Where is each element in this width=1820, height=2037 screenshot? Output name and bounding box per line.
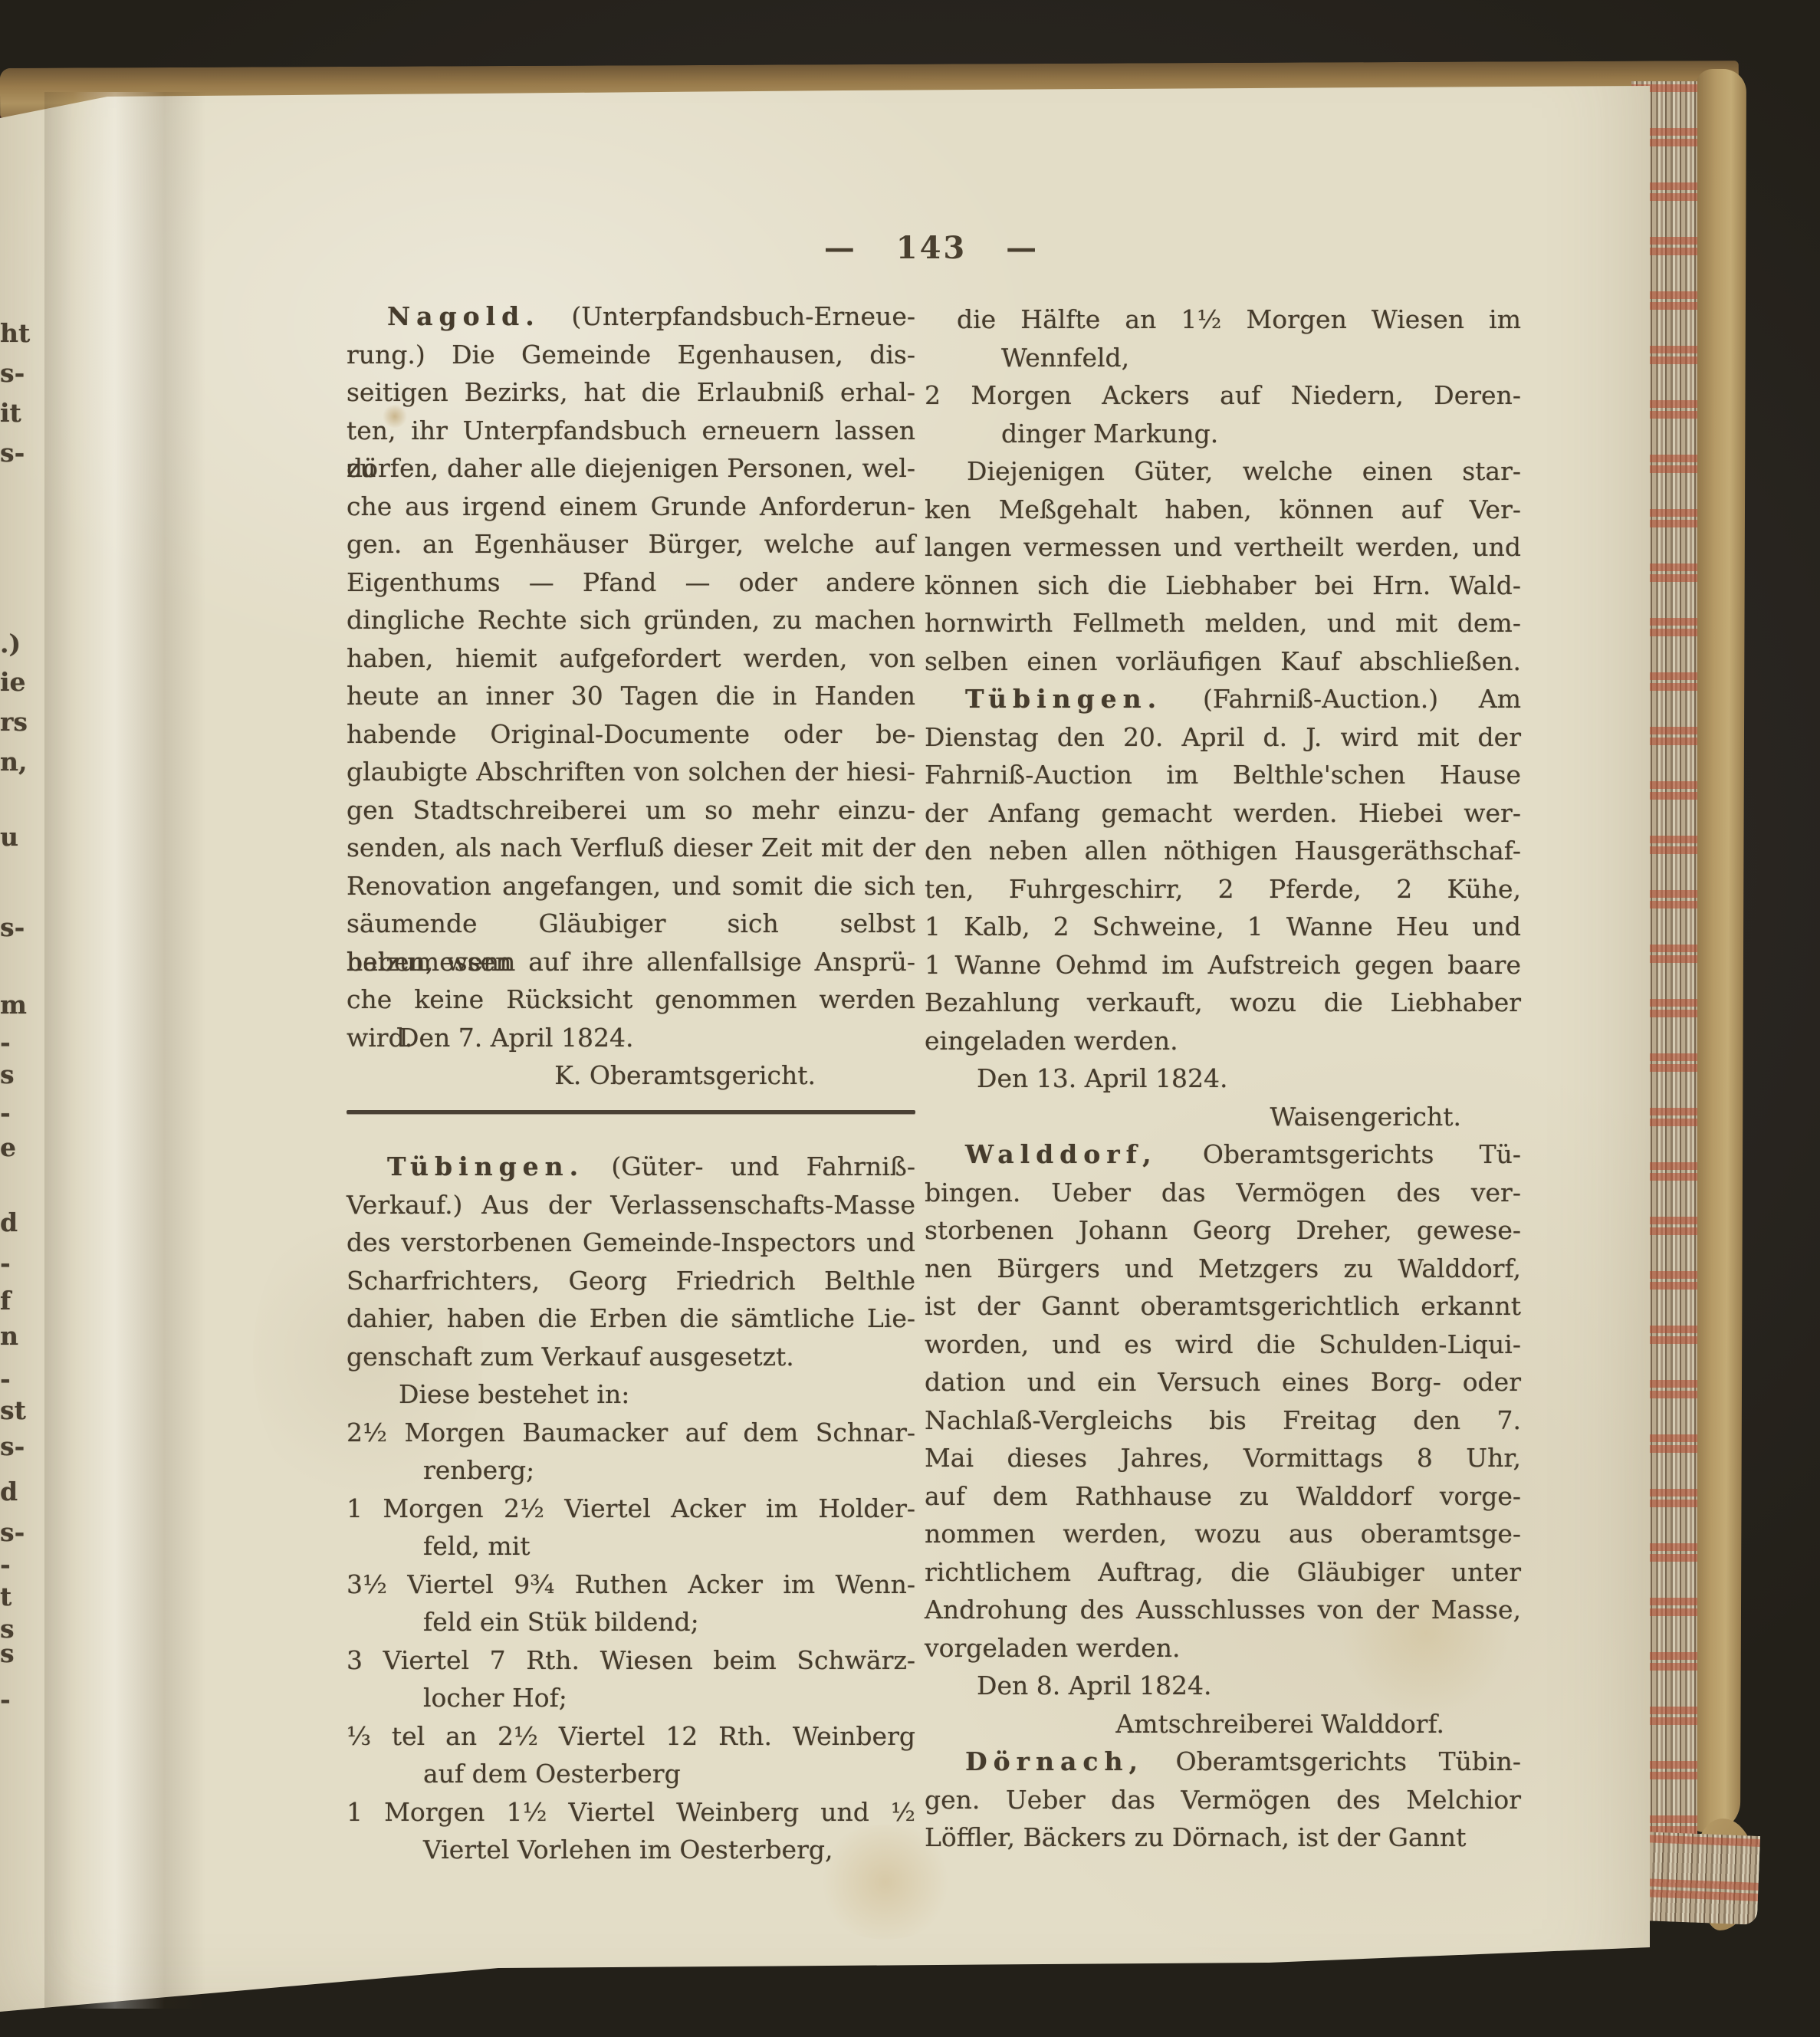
spaced-dateline-word: Nagold. — [387, 301, 540, 331]
text-line: Dienstag den 20. April d. J. wird mit de… — [925, 718, 1521, 757]
text-line: der Anfang gemacht werden. Hiebei wer- — [925, 794, 1521, 833]
text-line: auf dem Rathhause zu Walddorf vorge- — [925, 1477, 1521, 1516]
right-text-column: die Hälfte an 1½ Morgen Wiesen imWennfel… — [925, 301, 1521, 1857]
text-line: feld, mit — [347, 1527, 915, 1566]
margin-text-fragment: f — [0, 1286, 37, 1316]
text-line: nen Bürgers und Metzgers zu Walddorf, — [925, 1250, 1521, 1288]
text-line: auf dem Oesterberg — [347, 1755, 915, 1793]
text-line: vorgeladen werden. — [925, 1629, 1521, 1667]
text-line: dingliche Rechte sich gründen, zu machen — [347, 601, 915, 639]
text-line: genschaft zum Verkauf ausgesetzt. — [347, 1338, 915, 1376]
text-line: ken Meßgehalt haben, können auf Ver- — [925, 491, 1521, 529]
text-line: Mai dieses Jahres, Vormittags 8 Uhr, — [925, 1439, 1521, 1477]
text-line: worden, und es wird die Schulden-Liqui- — [925, 1326, 1521, 1364]
text-line: Scharfrichters, Georg Friedrich Belthle — [347, 1262, 915, 1300]
margin-text-fragment: e — [0, 1132, 37, 1163]
text-line: 1 Kalb, 2 Schweine, 1 Wanne Heu und — [925, 908, 1521, 946]
margin-text-fragment: - — [0, 1364, 37, 1395]
spaced-dateline-word: Dörnach, — [965, 1746, 1144, 1776]
book-fore-edge-corner — [1641, 1832, 1760, 1925]
text-line: gen Stadtschreiberei um so mehr einzu- — [347, 791, 915, 830]
margin-text-fragment: - — [0, 1549, 37, 1580]
text-line: senden, als nach Verfluß dieser Zeit mit… — [347, 829, 915, 867]
text-line: langen vermessen und vertheilt werden, u… — [925, 528, 1521, 567]
text-line: storbenen Johann Georg Dreher, gewese- — [925, 1211, 1521, 1250]
text-line: Viertel Vorlehen im Oesterberg, — [347, 1831, 915, 1869]
text-line: selben einen vorläufigen Kauf abschließe… — [925, 642, 1521, 681]
margin-text-fragment: m — [0, 990, 37, 1020]
text-line: haben, wenn auf ihre allenfallsige Anspr… — [347, 943, 915, 981]
text-line: bingen. Ueber das Vermögen des ver- — [925, 1174, 1521, 1212]
margin-text-fragment: s- — [0, 438, 37, 468]
text-line: Renovation angefangen, und somit die sic… — [347, 867, 915, 905]
text-line: Bezahlung verkauft, wozu die Liebhaber — [925, 984, 1521, 1022]
gutter-fold-shadow — [44, 92, 251, 2009]
margin-text-fragment: s- — [0, 358, 37, 389]
text-line: Wennfeld, — [925, 339, 1521, 377]
margin-text-fragment: .) — [0, 629, 37, 659]
text-line: ist der Gannt oberamtsgerichtlich erkann… — [925, 1287, 1521, 1326]
text-line: 2½ Morgen Baumacker auf dem Schnar- — [347, 1414, 915, 1452]
text-line: Amtschreiberei Walddorf. — [925, 1705, 1521, 1743]
text-line: heute an inner 30 Tagen die in Handen — [347, 677, 915, 715]
margin-text-fragment: it — [0, 398, 37, 429]
text-line: Waisengericht. — [925, 1098, 1521, 1136]
horizontal-rule — [347, 1110, 915, 1114]
margin-text-fragment: n, — [0, 747, 37, 777]
margin-text-fragment: s- — [0, 1431, 37, 1462]
text-line: dahier, haben die Erben die sämtliche Li… — [347, 1299, 915, 1338]
text-line: Walddorf, Oberamtsgerichts Tü- — [925, 1135, 1521, 1174]
text-line: gen. Ueber das Vermögen des Melchior — [925, 1781, 1521, 1819]
text-line: Löffler, Bäckers zu Dörnach, ist der Gan… — [925, 1819, 1521, 1857]
margin-text-fragment: s — [0, 1060, 37, 1090]
text-line: dation und ein Versuch eines Borg- oder — [925, 1363, 1521, 1401]
text-line: dörfen, daher alle diejenigen Personen, … — [347, 449, 915, 488]
margin-text-fragment: s- — [0, 912, 37, 943]
column-divider-rule — [347, 1095, 915, 1148]
text-line: haben, hiemit aufgefordert werden, von — [347, 639, 915, 678]
margin-text-fragment: - — [0, 1684, 37, 1715]
text-line: ⅓ tel an 2½ Viertel 12 Rth. Weinberg — [347, 1717, 915, 1756]
margin-text-fragment: - — [0, 1098, 37, 1129]
spaced-dateline-word: Tübingen. — [965, 684, 1162, 714]
book-cover-edge — [1690, 69, 1746, 1832]
text-line: Nagold. (Unterpfandsbuch-Erneue- — [347, 297, 915, 336]
text-line: nommen werden, wozu aus oberamtsge- — [925, 1515, 1521, 1553]
text-line: ten, ihr Unterpfandsbuch erneuern lassen… — [347, 412, 915, 450]
margin-text-fragment: rs — [0, 707, 37, 738]
text-line: dinger Markung. — [925, 415, 1521, 453]
text-line: eingeladen werden. — [925, 1022, 1521, 1060]
margin-text-fragment: ie — [0, 667, 37, 698]
text-line: locher Hof; — [347, 1679, 915, 1717]
text-line: hornwirth Fellmeth melden, und mit dem- — [925, 604, 1521, 642]
text-line: Tübingen. (Fahrniß-Auction.) Am — [925, 680, 1521, 718]
margin-text-fragment: d — [0, 1477, 37, 1507]
margin-text-fragment: u — [0, 822, 37, 853]
text-line: können sich die Liebhaber bei Hrn. Wald- — [925, 567, 1521, 605]
text-line: Androhung des Ausschlusses von der Masse… — [925, 1591, 1521, 1629]
text-line: ten, Fuhrgeschirr, 2 Pferde, 2 Kühe, — [925, 870, 1521, 908]
text-line: Tübingen. (Güter- und Fahrniß- — [347, 1148, 915, 1186]
text-line: Den 7. April 1824. — [347, 1019, 915, 1057]
margin-text-fragment: n — [0, 1321, 37, 1352]
margin-text-fragment: s — [0, 1638, 37, 1669]
text-line: Verkauf.) Aus der Verlassenschafts-Masse — [347, 1186, 915, 1224]
text-line: seitigen Bezirks, hat die Erlaubniß erha… — [347, 373, 915, 412]
margin-text-fragment: d — [0, 1207, 37, 1238]
text-line: renberg; — [347, 1451, 915, 1490]
photograph-background: — 143 — Nagold. (Unterpfandsbuch-Erneue-… — [0, 0, 1820, 2037]
text-line: K. Oberamtsgericht. — [347, 1056, 915, 1095]
text-line: gen. an Egenhäuser Bürger, welche auf — [347, 525, 915, 563]
margin-text-fragment: s- — [0, 1517, 37, 1548]
margin-text-fragment: st — [0, 1395, 37, 1426]
text-line: habende Original-Documente oder be- — [347, 715, 915, 754]
text-line: Eigenthums — Pfand — oder andere — [347, 563, 915, 602]
text-line: glaubigte Abschriften von solchen der hi… — [347, 753, 915, 791]
margin-text-fragment: - — [0, 1027, 37, 1058]
text-line: Dörnach, Oberamtsgerichts Tübin- — [925, 1743, 1521, 1781]
text-line: 3½ Viertel 9¾ Ruthen Acker im Wenn- — [347, 1566, 915, 1604]
left-text-column: Nagold. (Unterpfandsbuch-Erneue-rung.) D… — [347, 297, 915, 1869]
text-line: säumende Gläubiger sich selbst beizumess… — [347, 905, 915, 943]
text-line: 1 Morgen 2½ Viertel Acker im Holder- — [347, 1490, 915, 1528]
text-line: 1 Morgen 1½ Viertel Weinberg und ½ — [347, 1793, 915, 1832]
text-line: 3 Viertel 7 Rth. Wiesen beim Schwärz- — [347, 1641, 915, 1680]
text-line: den neben allen nöthigen Hausgeräthschaf… — [925, 832, 1521, 870]
text-line: feld ein Stük bildend; — [347, 1603, 915, 1641]
text-line: Diejenigen Güter, welche einen star- — [925, 452, 1521, 491]
text-line: rung.) Die Gemeinde Egenhausen, dis- — [347, 336, 915, 374]
text-line: die Hälfte an 1½ Morgen Wiesen im — [925, 301, 1521, 339]
text-line: Den 8. April 1824. — [925, 1667, 1521, 1705]
text-line: Fahrniß-Auction im Belthle'schen Hause — [925, 756, 1521, 794]
text-line: 1 Wanne Oehmd im Aufstreich gegen baare — [925, 946, 1521, 984]
spaced-dateline-word: Walddorf, — [965, 1139, 1158, 1169]
spaced-dateline-word: Tübingen. — [387, 1152, 584, 1181]
margin-text-fragment: - — [0, 1248, 37, 1279]
text-line: Den 13. April 1824. — [925, 1060, 1521, 1098]
text-line: richtlichem Auftrag, die Gläubiger unter — [925, 1553, 1521, 1592]
text-line: che keine Rücksicht genommen werden wird… — [347, 981, 915, 1019]
text-line: che aus irgend einem Grunde Anforderun- — [347, 488, 915, 526]
text-line: des verstorbenen Gemeinde-Inspectors und — [347, 1224, 915, 1262]
margin-text-fragment: ht — [0, 318, 37, 349]
text-line: 2 Morgen Ackers auf Niedern, Deren- — [925, 376, 1521, 415]
text-line: Diese bestehet in: — [347, 1375, 915, 1414]
text-line: Nachlaß-Vergleichs bis Freitag den 7. — [925, 1401, 1521, 1440]
page-number: — 143 — — [732, 230, 1131, 273]
margin-text-fragment: t — [0, 1582, 37, 1612]
